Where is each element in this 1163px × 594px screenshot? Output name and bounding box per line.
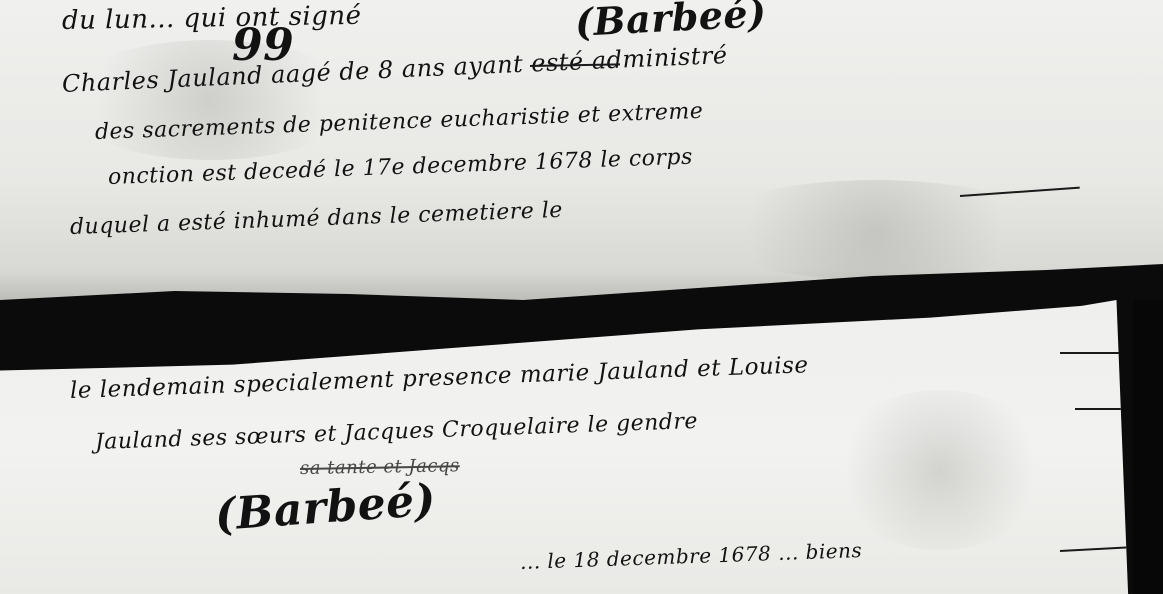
text-line-6: le lendemain specialement presence marie… — [70, 352, 809, 404]
text-line-8: ... le 18 decembre 1678 ... biens — [520, 538, 863, 574]
text-line-5: duquel a esté inhumé dans le cemetiere l… — [70, 198, 564, 240]
text-line-1: du lun... qui ont signé — [62, 1, 362, 36]
paper-stain — [830, 390, 1050, 550]
margin-rule — [1060, 546, 1130, 552]
signature-bottom: (Barbeé) — [213, 475, 437, 541]
scan-border — [1133, 300, 1163, 594]
text-line-7: Jauland ses sœurs et Jacques Croquelaire… — [95, 409, 699, 455]
margin-rule — [1075, 408, 1130, 410]
manuscript-fragment-top: du lun... qui ont signé 99 (Barbeé) Char… — [0, 0, 1163, 300]
manuscript-fragment-bottom: le lendemain specialement presence marie… — [0, 300, 1163, 594]
signature-top: (Barbeé) — [574, 0, 768, 45]
paper-stain — [700, 180, 1050, 280]
margin-rule — [1060, 352, 1130, 354]
struck-text: sa tante et Jacqs — [300, 455, 460, 479]
